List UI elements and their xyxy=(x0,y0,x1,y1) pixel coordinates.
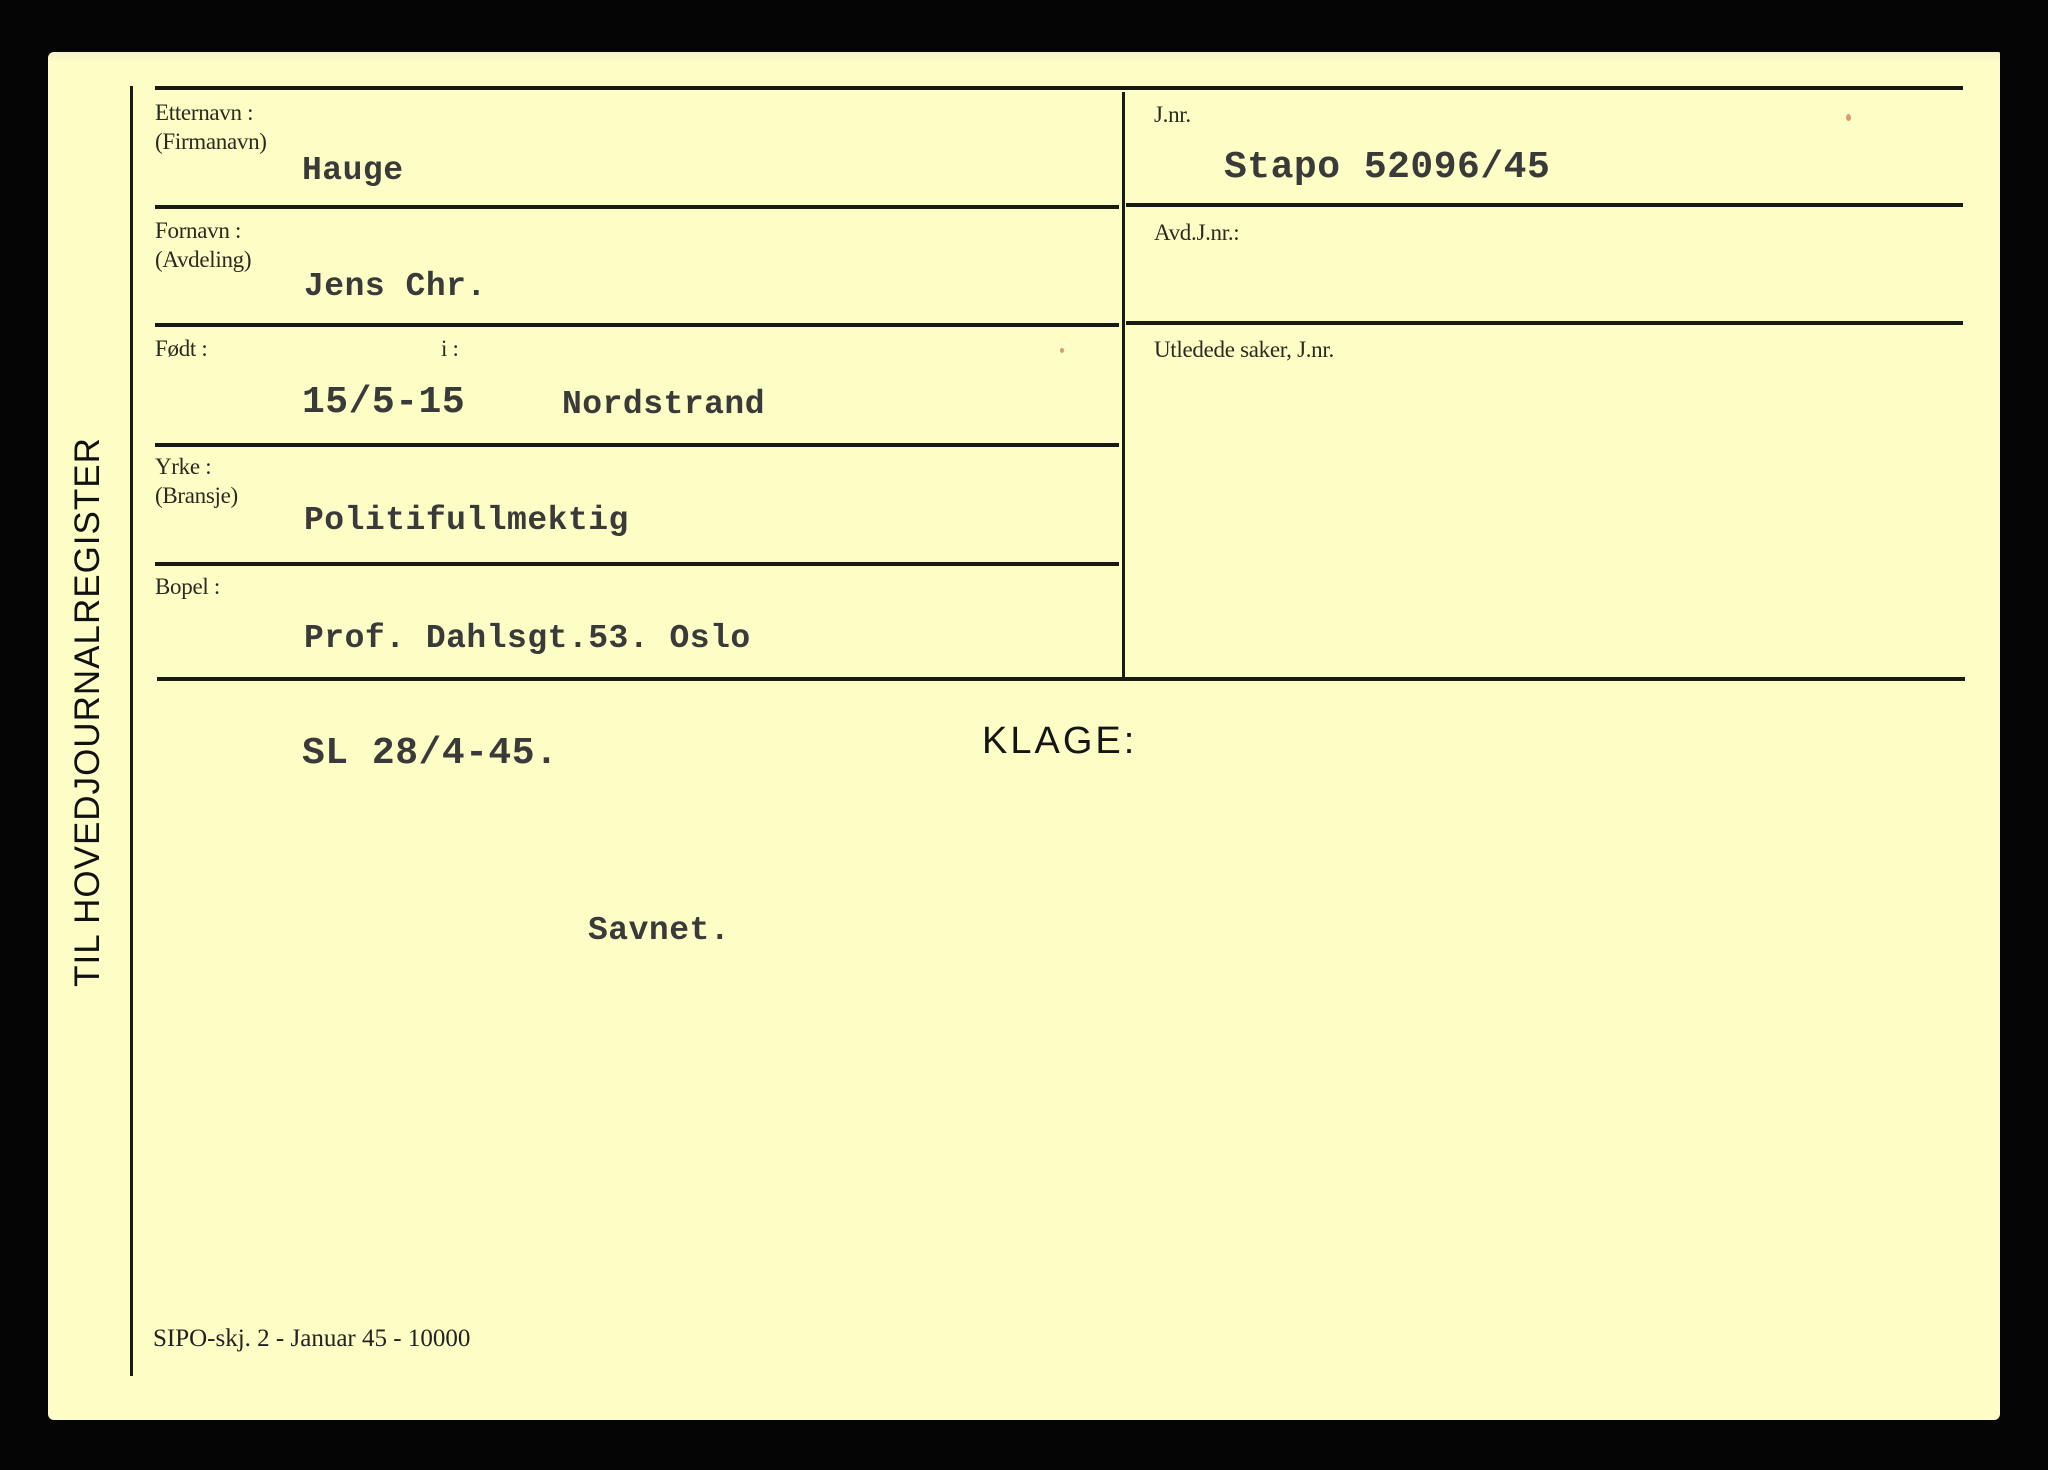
value-fodested: Nordstrand xyxy=(562,386,765,423)
ink-speck xyxy=(1846,114,1851,121)
label-fornavn: Fornavn : (Avdeling) xyxy=(155,216,251,274)
value-fornavn: Jens Chr. xyxy=(304,268,487,305)
value-bopel: Prof. Dahlsgt.53. Oslo xyxy=(304,620,751,657)
value-etternavn: Hauge xyxy=(302,152,404,189)
rule-row1-left xyxy=(155,205,1119,209)
label-text: Fornavn : xyxy=(155,216,251,245)
label-jnr: J.nr. xyxy=(1154,100,1191,129)
value-jnr: Stapo 52096/45 xyxy=(1224,146,1550,189)
ink-speck xyxy=(1060,348,1064,353)
label-fodested: i : xyxy=(441,334,459,363)
value-yrke: Politifullmektig xyxy=(304,502,629,539)
label-text: Yrke : xyxy=(155,452,238,481)
column-divider xyxy=(1122,92,1125,678)
label-avd-jnr: Avd.J.nr.: xyxy=(1154,218,1239,247)
sublabel-text: (Bransje) xyxy=(155,481,238,510)
rule-row2-right xyxy=(1126,321,1963,325)
date-note: SL 28/4-45. xyxy=(302,732,558,775)
left-margin-line xyxy=(130,86,133,1376)
sublabel-text: (Firmanavn) xyxy=(155,127,267,156)
label-yrke: Yrke : (Bransje) xyxy=(155,452,238,510)
label-text: Etternavn : xyxy=(155,98,267,127)
section-heading-klage: KLAGE: xyxy=(982,720,1137,763)
rule-row1-right xyxy=(1126,203,1963,207)
label-fodt: Født : xyxy=(155,334,208,363)
value-fodt-dato: 15/5-15 xyxy=(302,381,465,424)
label-utledede-saker: Utledede saker, J.nr. xyxy=(1154,335,1334,364)
form-id: SIPO-skj. 2 - Januar 45 - 10000 xyxy=(153,1325,470,1353)
side-title: TIL HOVEDJOURNALREGISTER xyxy=(68,437,108,987)
label-etternavn: Etternavn : (Firmanavn) xyxy=(155,98,267,156)
label-bopel: Bopel : xyxy=(155,572,220,601)
rule-bottom xyxy=(157,677,1965,681)
sublabel-text: (Avdeling) xyxy=(155,245,251,274)
top-rule xyxy=(155,86,1963,90)
rule-row3-left xyxy=(155,443,1119,447)
status-note: Savnet. xyxy=(588,912,730,949)
rule-row2-left xyxy=(155,323,1119,327)
rule-row4-left xyxy=(155,562,1119,566)
